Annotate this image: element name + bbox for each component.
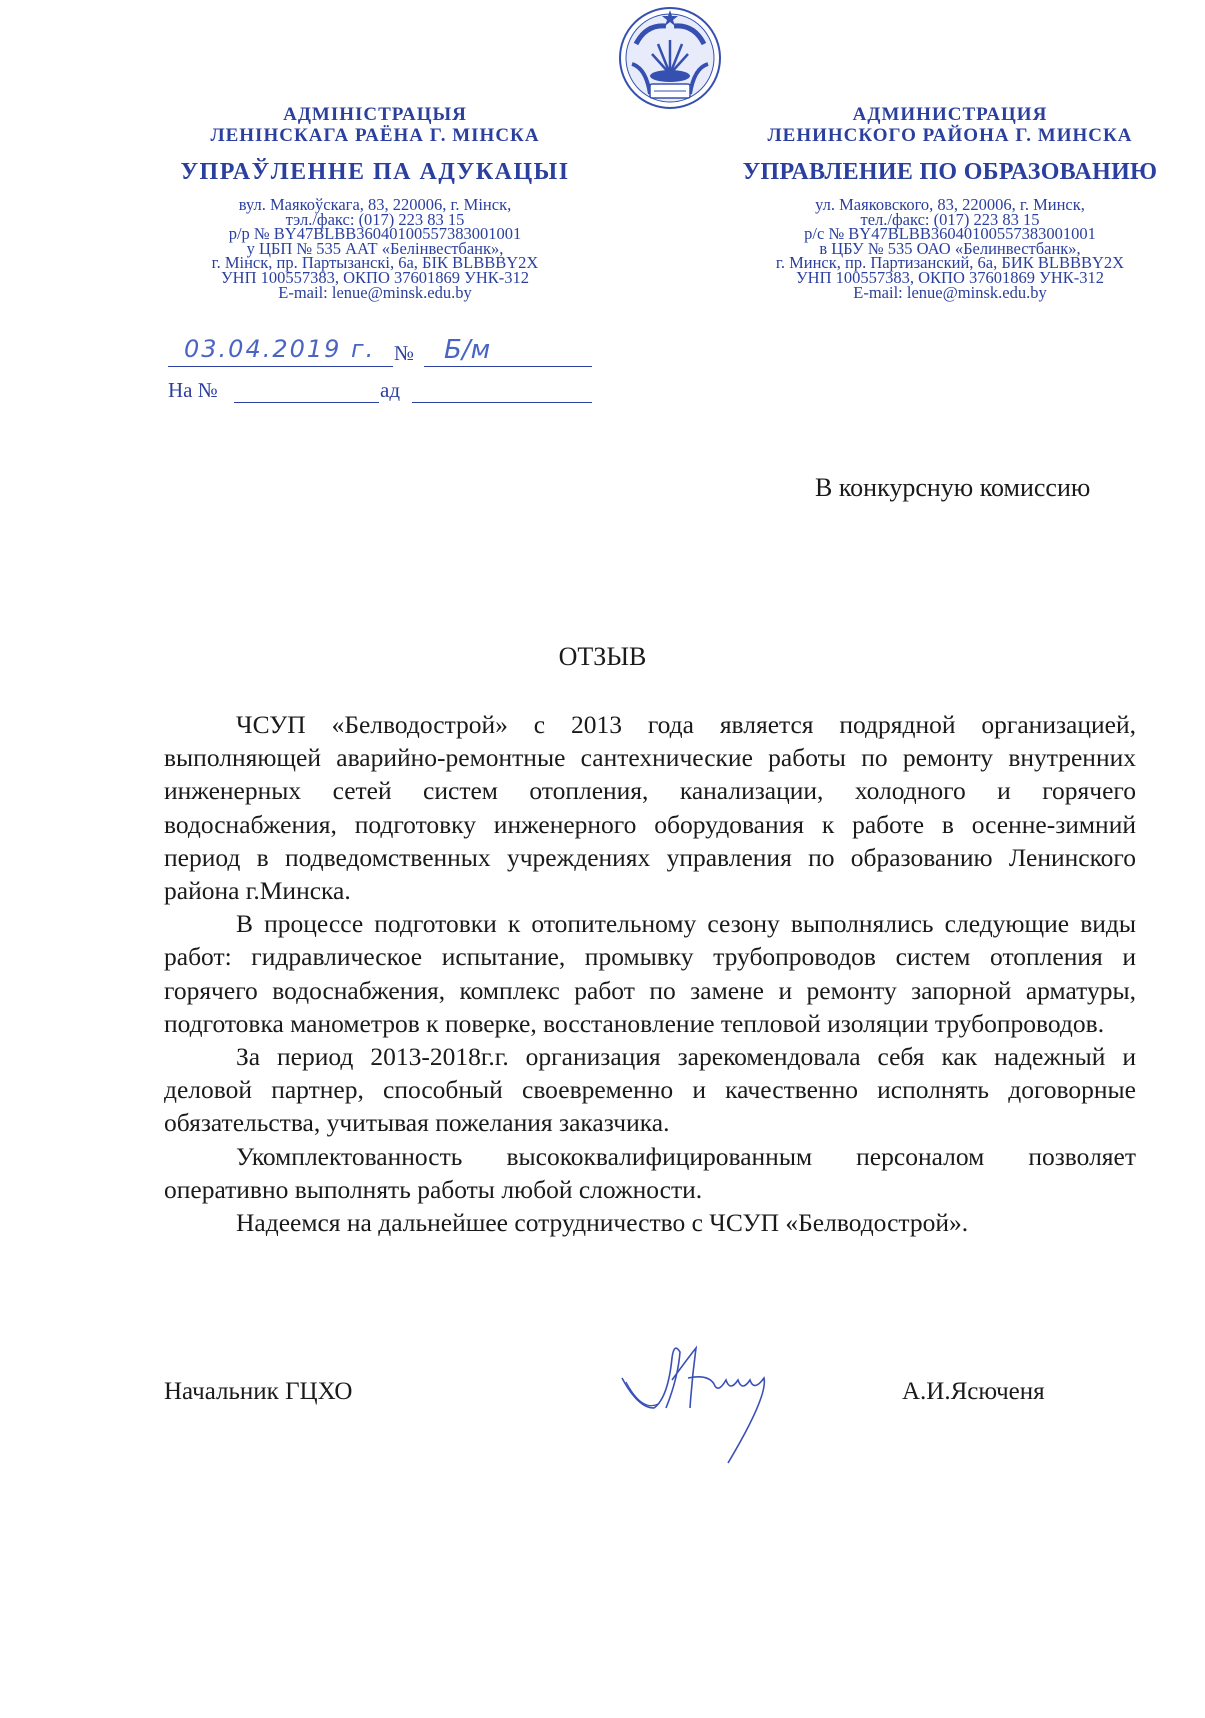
department-name: УПРАЎЛЕННЕ ПА АДУКАЦЫІ xyxy=(150,158,600,186)
letter-body: ЧСУП «Белводострой» с 2013 года является… xyxy=(164,708,1136,1239)
reply-number-blank xyxy=(234,402,379,403)
paragraph: Укомплектованность высококвалифицированн… xyxy=(164,1140,1136,1206)
org-name-line2: ЛЕНИНСКОГО РАЙОНА Г. МИНСКА xyxy=(720,125,1180,146)
paragraph: ЧСУП «Белводострой» с 2013 года является… xyxy=(164,708,1136,907)
letterhead-right: АДМИНИСТРАЦИЯ ЛЕНИНСКОГО РАЙОНА Г. МИНСК… xyxy=(720,104,1180,300)
registration-line: 03.04.2019 г. № Б/м xyxy=(168,335,592,371)
address-block: вул. Маякоўскага, 83, 220006, г. Мінск, … xyxy=(150,198,600,300)
letter-number: Б/м xyxy=(424,335,592,367)
department-name: УПРАВЛЕНИЕ ПО ОБРАЗОВАНИЮ xyxy=(720,158,1180,186)
number-label: № xyxy=(394,341,414,366)
signatory-position: Начальник ГЦХО xyxy=(164,1378,352,1406)
paragraph: В процессе подготовки к отопительному се… xyxy=(164,907,1136,1040)
paragraph: Надеемся на дальнейшее сотрудничество с … xyxy=(164,1206,1136,1239)
reply-reference-line: На № ад xyxy=(168,378,592,408)
email-line: E-mail: lenue@minsk.edu.by xyxy=(720,286,1180,301)
handwritten-signature-icon xyxy=(618,1338,788,1468)
signatory-name: А.И.Ясюченя xyxy=(902,1378,1045,1406)
document-title: ОТЗЫВ xyxy=(0,642,1205,672)
letterhead-left: АДМІНІСТРАЦЫЯ ЛЕНІНСКАГА РАЁНА Г. МІНСКА… xyxy=(150,104,600,300)
addressee: В конкурсную комиссию xyxy=(815,473,1090,503)
reply-label: На № xyxy=(168,378,218,403)
reply-date-blank xyxy=(412,402,592,403)
org-name-line1: АДМИНИСТРАЦИЯ xyxy=(720,104,1180,125)
org-name-line1: АДМІНІСТРАЦЫЯ xyxy=(150,104,600,125)
address-block: ул. Маяковского, 83, 220006, г. Минск, т… xyxy=(720,198,1180,300)
reply-separator: ад xyxy=(380,378,400,403)
paragraph: За период 2013-2018г.г. организация заре… xyxy=(164,1040,1136,1140)
belarus-coat-of-arms-icon xyxy=(616,4,724,112)
org-name-line2: ЛЕНІНСКАГА РАЁНА Г. МІНСКА xyxy=(150,125,600,146)
letter-date: 03.04.2019 г. xyxy=(168,335,393,367)
email-line: E-mail: lenue@minsk.edu.by xyxy=(150,286,600,301)
